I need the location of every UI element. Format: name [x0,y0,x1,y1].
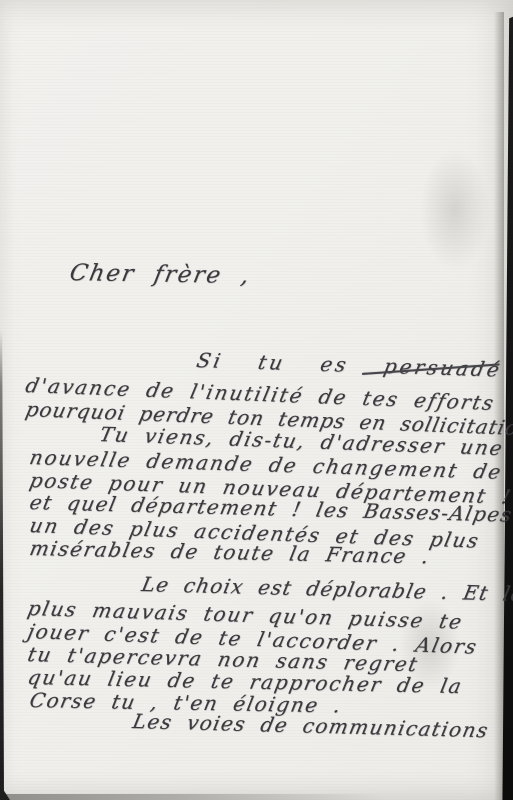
scan-edge-bottom [0,794,385,800]
salutation-line: Cher frère , [68,262,253,287]
handwritten-line: Si tu es persuadé [195,349,505,380]
letter-page: Cher frère , Si tu es persuadé d'avance … [0,0,513,800]
handwritten-line: Les voies de communications [131,710,491,741]
scan-edge-right-shadow [494,12,504,800]
paper-smudge [420,150,490,270]
handwritten-line: Le choix est déplorable . Et le [140,573,513,605]
scan-edge-left [0,330,4,800]
